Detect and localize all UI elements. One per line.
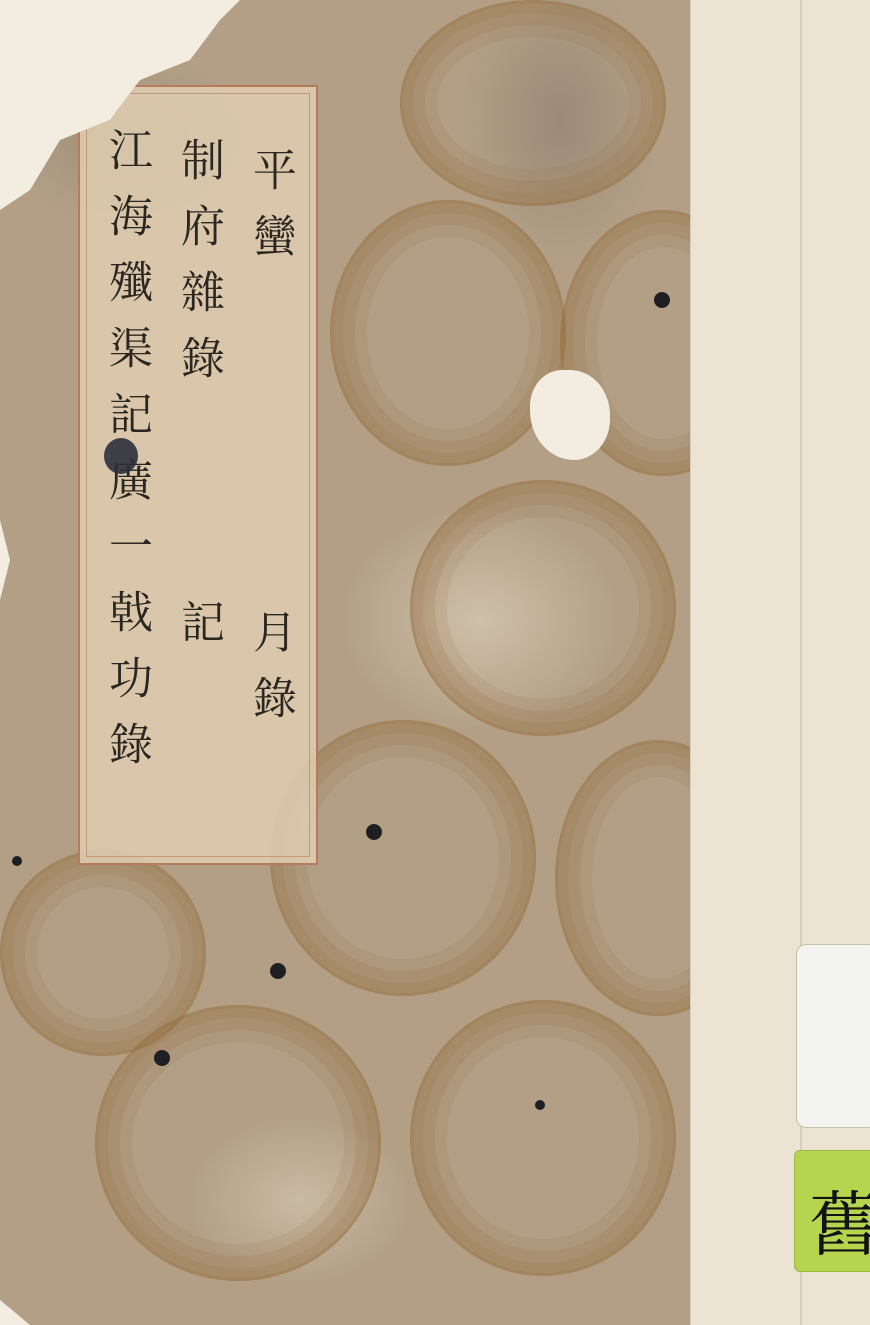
binding-hole <box>366 824 382 840</box>
binding-hole <box>154 1050 170 1066</box>
qilin-medallion <box>410 1000 676 1276</box>
green-label-text: 舊 <box>809 1169 870 1270</box>
title-slip: 平蠻 月錄 制府雜錄 記 江海殲渠記廣一戟功錄 <box>78 85 318 865</box>
qilin-medallion <box>410 480 676 736</box>
white-spine-label <box>796 944 870 1128</box>
green-spine-label: 舊 <box>794 1150 870 1272</box>
book-cover: 平蠻 月錄 制府雜錄 記 江海殲渠記廣一戟功錄 <box>0 0 690 1325</box>
binding-hole <box>535 1100 545 1110</box>
binding-hole <box>12 856 22 866</box>
qilin-medallion <box>330 200 566 466</box>
title-column-3: 江海殲渠記廣一戟功錄 <box>104 127 148 887</box>
binding-hole <box>654 292 670 308</box>
title-column-1: 平蠻 月錄 <box>248 147 292 907</box>
qilin-medallion <box>400 0 666 206</box>
title-column-2: 制府雜錄 記 <box>176 137 220 897</box>
ink-stain <box>104 438 138 474</box>
binding-hole <box>270 963 286 979</box>
paper-tear-hole <box>530 370 610 460</box>
